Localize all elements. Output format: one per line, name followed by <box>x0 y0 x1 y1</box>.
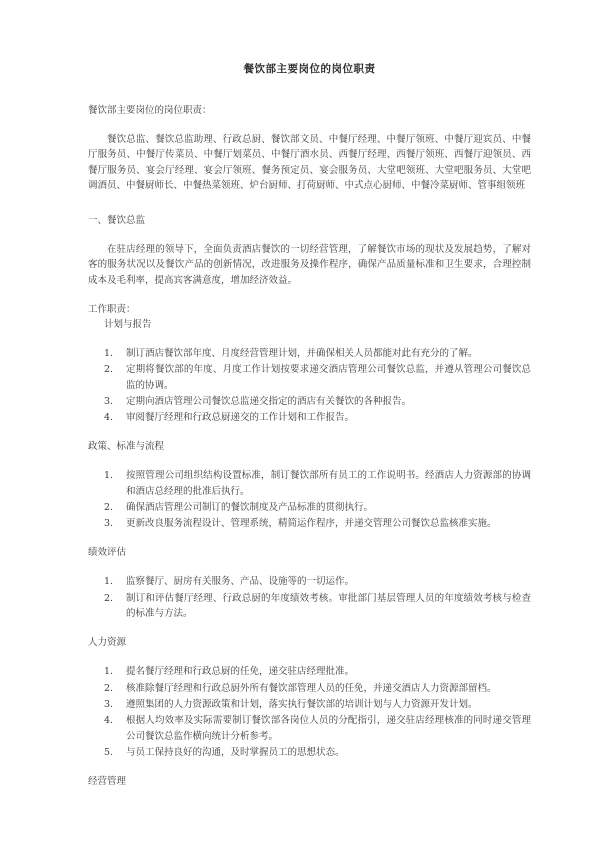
duty-item: 遵照集团的人力资源政策和计划，落实执行餐饮部的培训计划与人力资源开发计划。 <box>104 697 531 713</box>
duty-item-number <box>104 574 126 590</box>
duty-item-text: 监察餐厅、厨房有关服务、产品、设施等的一切运作。 <box>126 574 531 590</box>
duty-item: 根据人均效率及实际需要制订餐饮部各岗位人员的分配指引，递交驻店经理核准的同时递交… <box>104 713 531 744</box>
section-heading: 一、餐饮总监 <box>88 213 531 229</box>
duty-item-text: 按照管理公司组织结构设置标准，制订餐饮部所有员工的工作说明书。经酒店人力资源部的… <box>126 468 531 499</box>
duty-item-number <box>104 468 126 499</box>
duty-group-heading-policies: 政策、标准与流程 <box>88 439 531 455</box>
duty-item-text: 与员工保持良好的沟通，及时掌握员工的思想状态。 <box>126 745 531 761</box>
duty-item: 确保酒店管理公司制订的餐饮制度及产品标准的贯彻执行。 <box>104 500 531 516</box>
duty-item: 监察餐厅、厨房有关服务、产品、设施等的一切运作。 <box>104 574 531 590</box>
duty-item: 定期将餐饮部的年度、月度工作计划按要求递交酒店管理公司餐饮总监，并遵从管理公司餐… <box>104 362 531 393</box>
duty-list-hr: 提名餐厅经理和行政总厨的任免，递交驻店经理批准。 核准除餐厅经理和行政总厨外所有… <box>88 664 531 760</box>
duty-item-number <box>104 516 126 532</box>
duty-item-text: 提名餐厅经理和行政总厨的任免，递交驻店经理批准。 <box>126 664 531 680</box>
document-page: 餐饮部主要岗位的岗位职责 餐饮部主要岗位的岗位职责： 餐饮总监、餐饮总监助理、行… <box>0 0 595 842</box>
intro-positions-paragraph: 餐饮总监、餐饮总监助理、行政总厨、餐饮部文员、中餐厅经理、中餐厅领班、中餐厅迎宾… <box>88 132 531 194</box>
duty-item: 核准除餐厅经理和行政总厨外所有餐饮部管理人员的任免，并递交酒店人力资源部留档。 <box>104 681 531 697</box>
duty-item-number <box>104 591 126 622</box>
duty-item: 制订酒店餐饮部年度、月度经营管理计划，并确保相关人员都能对此有充分的了解。 <box>104 346 531 362</box>
duty-item-text: 确保酒店管理公司制订的餐饮制度及产品标准的贯彻执行。 <box>126 500 531 516</box>
duties-label: 工作职责： <box>88 302 531 318</box>
duty-item-text: 核准除餐厅经理和行政总厨外所有餐饮部管理人员的任免，并递交酒店人力资源部留档。 <box>126 681 531 697</box>
duty-item-text: 根据人均效率及实际需要制订餐饮部各岗位人员的分配指引，递交驻店经理核准的同时递交… <box>126 713 531 744</box>
duty-item-text: 制订酒店餐饮部年度、月度经营管理计划，并确保相关人员都能对此有充分的了解。 <box>126 346 531 362</box>
duty-item-number <box>104 362 126 393</box>
duty-item-text: 制订和评估餐厅经理、行政总厨的年度绩效考核。审批部门基层管理人员的年度绩效考核与… <box>126 591 531 622</box>
duty-item-number <box>104 697 126 713</box>
duty-item-text: 定期向酒店管理公司餐饮总监递交指定的酒店有关餐饮的各种报告。 <box>126 394 531 410</box>
duty-item: 制订和评估餐厅经理、行政总厨的年度绩效考核。审批部门基层管理人员的年度绩效考核与… <box>104 591 531 622</box>
duty-list-policies: 按照管理公司组织结构设置标准，制订餐饮部所有员工的工作说明书。经酒店人力资源部的… <box>88 468 531 532</box>
duty-item: 与员工保持良好的沟通，及时掌握员工的思想状态。 <box>104 745 531 761</box>
duty-item-number <box>104 713 126 744</box>
duty-list-planning: 制订酒店餐饮部年度、月度经营管理计划，并确保相关人员都能对此有充分的了解。 定期… <box>88 346 531 426</box>
duty-item: 审阅餐厅经理和行政总厨递交的工作计划和工作报告。 <box>104 410 531 426</box>
duty-item-number <box>104 500 126 516</box>
section-overview: 在驻店经理的领导下，全面负责酒店餐饮的一切经营管理，了解餐饮市场的现状及发展趋势… <box>88 242 531 289</box>
duty-item-text: 遵照集团的人力资源政策和计划，落实执行餐饮部的培训计划与人力资源开发计划。 <box>126 697 531 713</box>
duty-group-heading-operations: 经营管理 <box>88 774 531 790</box>
duty-item: 按照管理公司组织结构设置标准，制订餐饮部所有员工的工作说明书。经酒店人力资源部的… <box>104 468 531 499</box>
duty-group-heading-planning: 计划与报告 <box>104 317 531 333</box>
duty-item-text: 定期将餐饮部的年度、月度工作计划按要求递交酒店管理公司餐饮总监，并遵从管理公司餐… <box>126 362 531 393</box>
duty-item: 更新改良服务流程设计、管理系统，精简运作程序，并递交管理公司餐饮总监核准实施。 <box>104 516 531 532</box>
duty-item: 提名餐厅经理和行政总厨的任免，递交驻店经理批准。 <box>104 664 531 680</box>
duty-item-number <box>104 681 126 697</box>
duty-item-number <box>104 394 126 410</box>
duty-item-number <box>104 745 126 761</box>
duty-item-text: 审阅餐厅经理和行政总厨递交的工作计划和工作报告。 <box>126 410 531 426</box>
duty-list-performance: 监察餐厅、厨房有关服务、产品、设施等的一切运作。 制订和评估餐厅经理、行政总厨的… <box>88 574 531 621</box>
duty-group-heading-hr: 人力资源 <box>88 635 531 651</box>
intro-heading: 餐饮部主要岗位的岗位职责： <box>88 103 531 119</box>
duty-item-text: 更新改良服务流程设计、管理系统，精简运作程序，并递交管理公司餐饮总监核准实施。 <box>126 516 531 532</box>
duty-item-number <box>104 346 126 362</box>
duty-group-heading-performance: 绩效评估 <box>88 545 531 561</box>
duty-item: 定期向酒店管理公司餐饮总监递交指定的酒店有关餐饮的各种报告。 <box>104 394 531 410</box>
duty-item-number <box>104 410 126 426</box>
page-title: 餐饮部主要岗位的岗位职责 <box>88 62 531 78</box>
duty-item-number <box>104 664 126 680</box>
